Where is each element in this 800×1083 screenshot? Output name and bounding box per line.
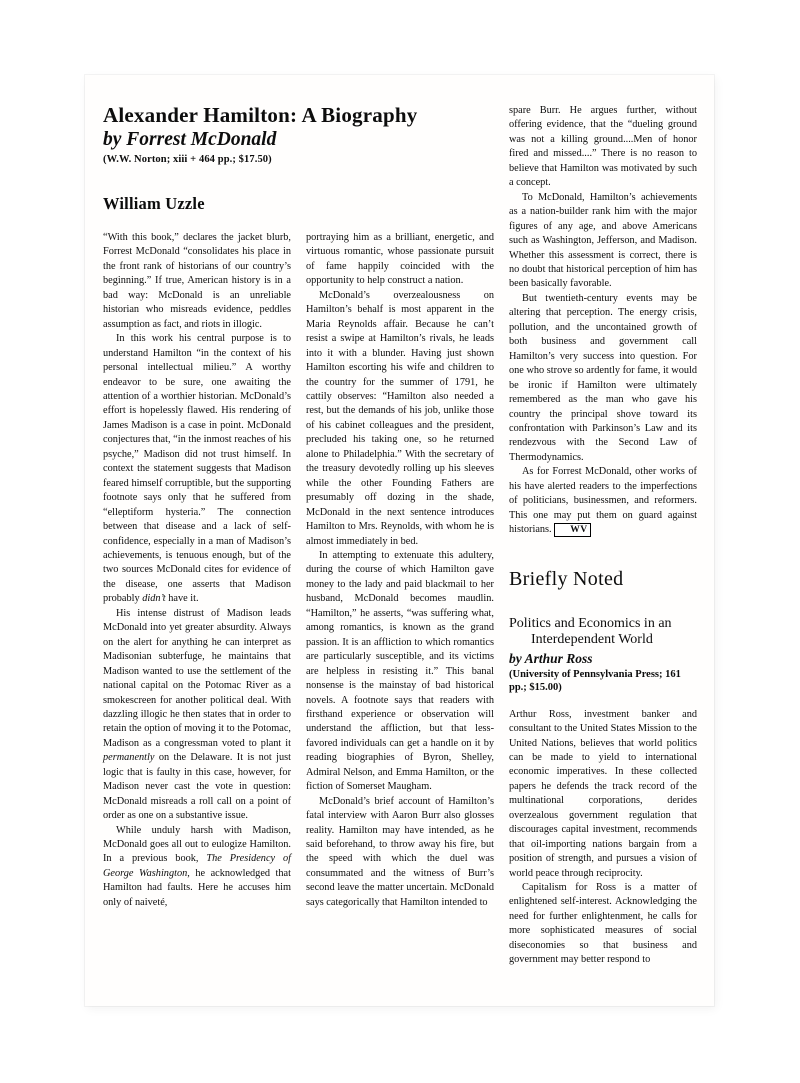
review-continuation: spare Burr. He argues further, without o… — [509, 104, 697, 538]
paragraph: While unduly harsh with Madison, McDonal… — [103, 824, 291, 911]
paragraph: To McDonald, Hamilton’s achievements as … — [509, 191, 697, 292]
paragraph: McDonald’s brief account of Hamilton’s f… — [306, 795, 494, 911]
column-3: spare Burr. He argues further, without o… — [509, 104, 697, 968]
magazine-page: Alexander Hamilton: A Biography by Forre… — [85, 75, 714, 1006]
noted-publisher-info: (University of Pennsylvania Press; 161 p… — [509, 668, 697, 695]
paragraph: In this work his central purpose is to u… — [103, 332, 291, 607]
worldview-endmark: WV — [554, 523, 591, 537]
paragraph: As for Forrest McDonald, other works of … — [509, 465, 697, 537]
review-book-author: by Forrest McDonald — [103, 128, 523, 152]
paragraph: In attempting to extenuate this adultery… — [306, 549, 494, 795]
paragraph: His intense distrust of Madison leads Mc… — [103, 607, 291, 824]
column-2: portraying him as a brilliant, energetic… — [306, 231, 494, 910]
noted-book-title-line1: Politics and Economics in an — [509, 616, 672, 631]
noted-book-author: by Arthur Ross — [509, 650, 697, 667]
column-1: “With this book,” declares the jacket bl… — [103, 231, 291, 910]
review-book-title: Alexander Hamilton: A Biography — [103, 103, 523, 128]
noted-book-title-line2: Interdependent World — [509, 632, 653, 647]
paragraph: “With this book,” declares the jacket bl… — [103, 231, 291, 332]
paragraph: spare Burr. He argues further, without o… — [509, 104, 697, 191]
reviewer-name: William Uzzle — [103, 194, 205, 214]
paragraph: But twentieth-century events may be alte… — [509, 292, 697, 465]
review-header: Alexander Hamilton: A Biography by Forre… — [103, 103, 523, 165]
review-publisher-info: (W.W. Norton; xiii + 464 pp.; $17.50) — [103, 154, 523, 165]
scan-background: Alexander Hamilton: A Biography by Forre… — [0, 0, 800, 1083]
noted-review-text: Arthur Ross, investment banker and consu… — [509, 708, 697, 968]
briefly-noted-heading: Briefly Noted — [509, 567, 697, 591]
briefly-noted-entry: Politics and Economics in an Interdepend… — [509, 616, 697, 968]
paragraph: portraying him as a brilliant, energetic… — [306, 231, 494, 289]
paragraph: Arthur Ross, investment banker and consu… — [509, 708, 697, 881]
noted-book-title: Politics and Economics in an Interdepend… — [509, 616, 697, 649]
paragraph: McDonald’s overzealousness on Hamilton’s… — [306, 289, 494, 549]
paragraph: Capitalism for Ross is a matter of enlig… — [509, 881, 697, 968]
